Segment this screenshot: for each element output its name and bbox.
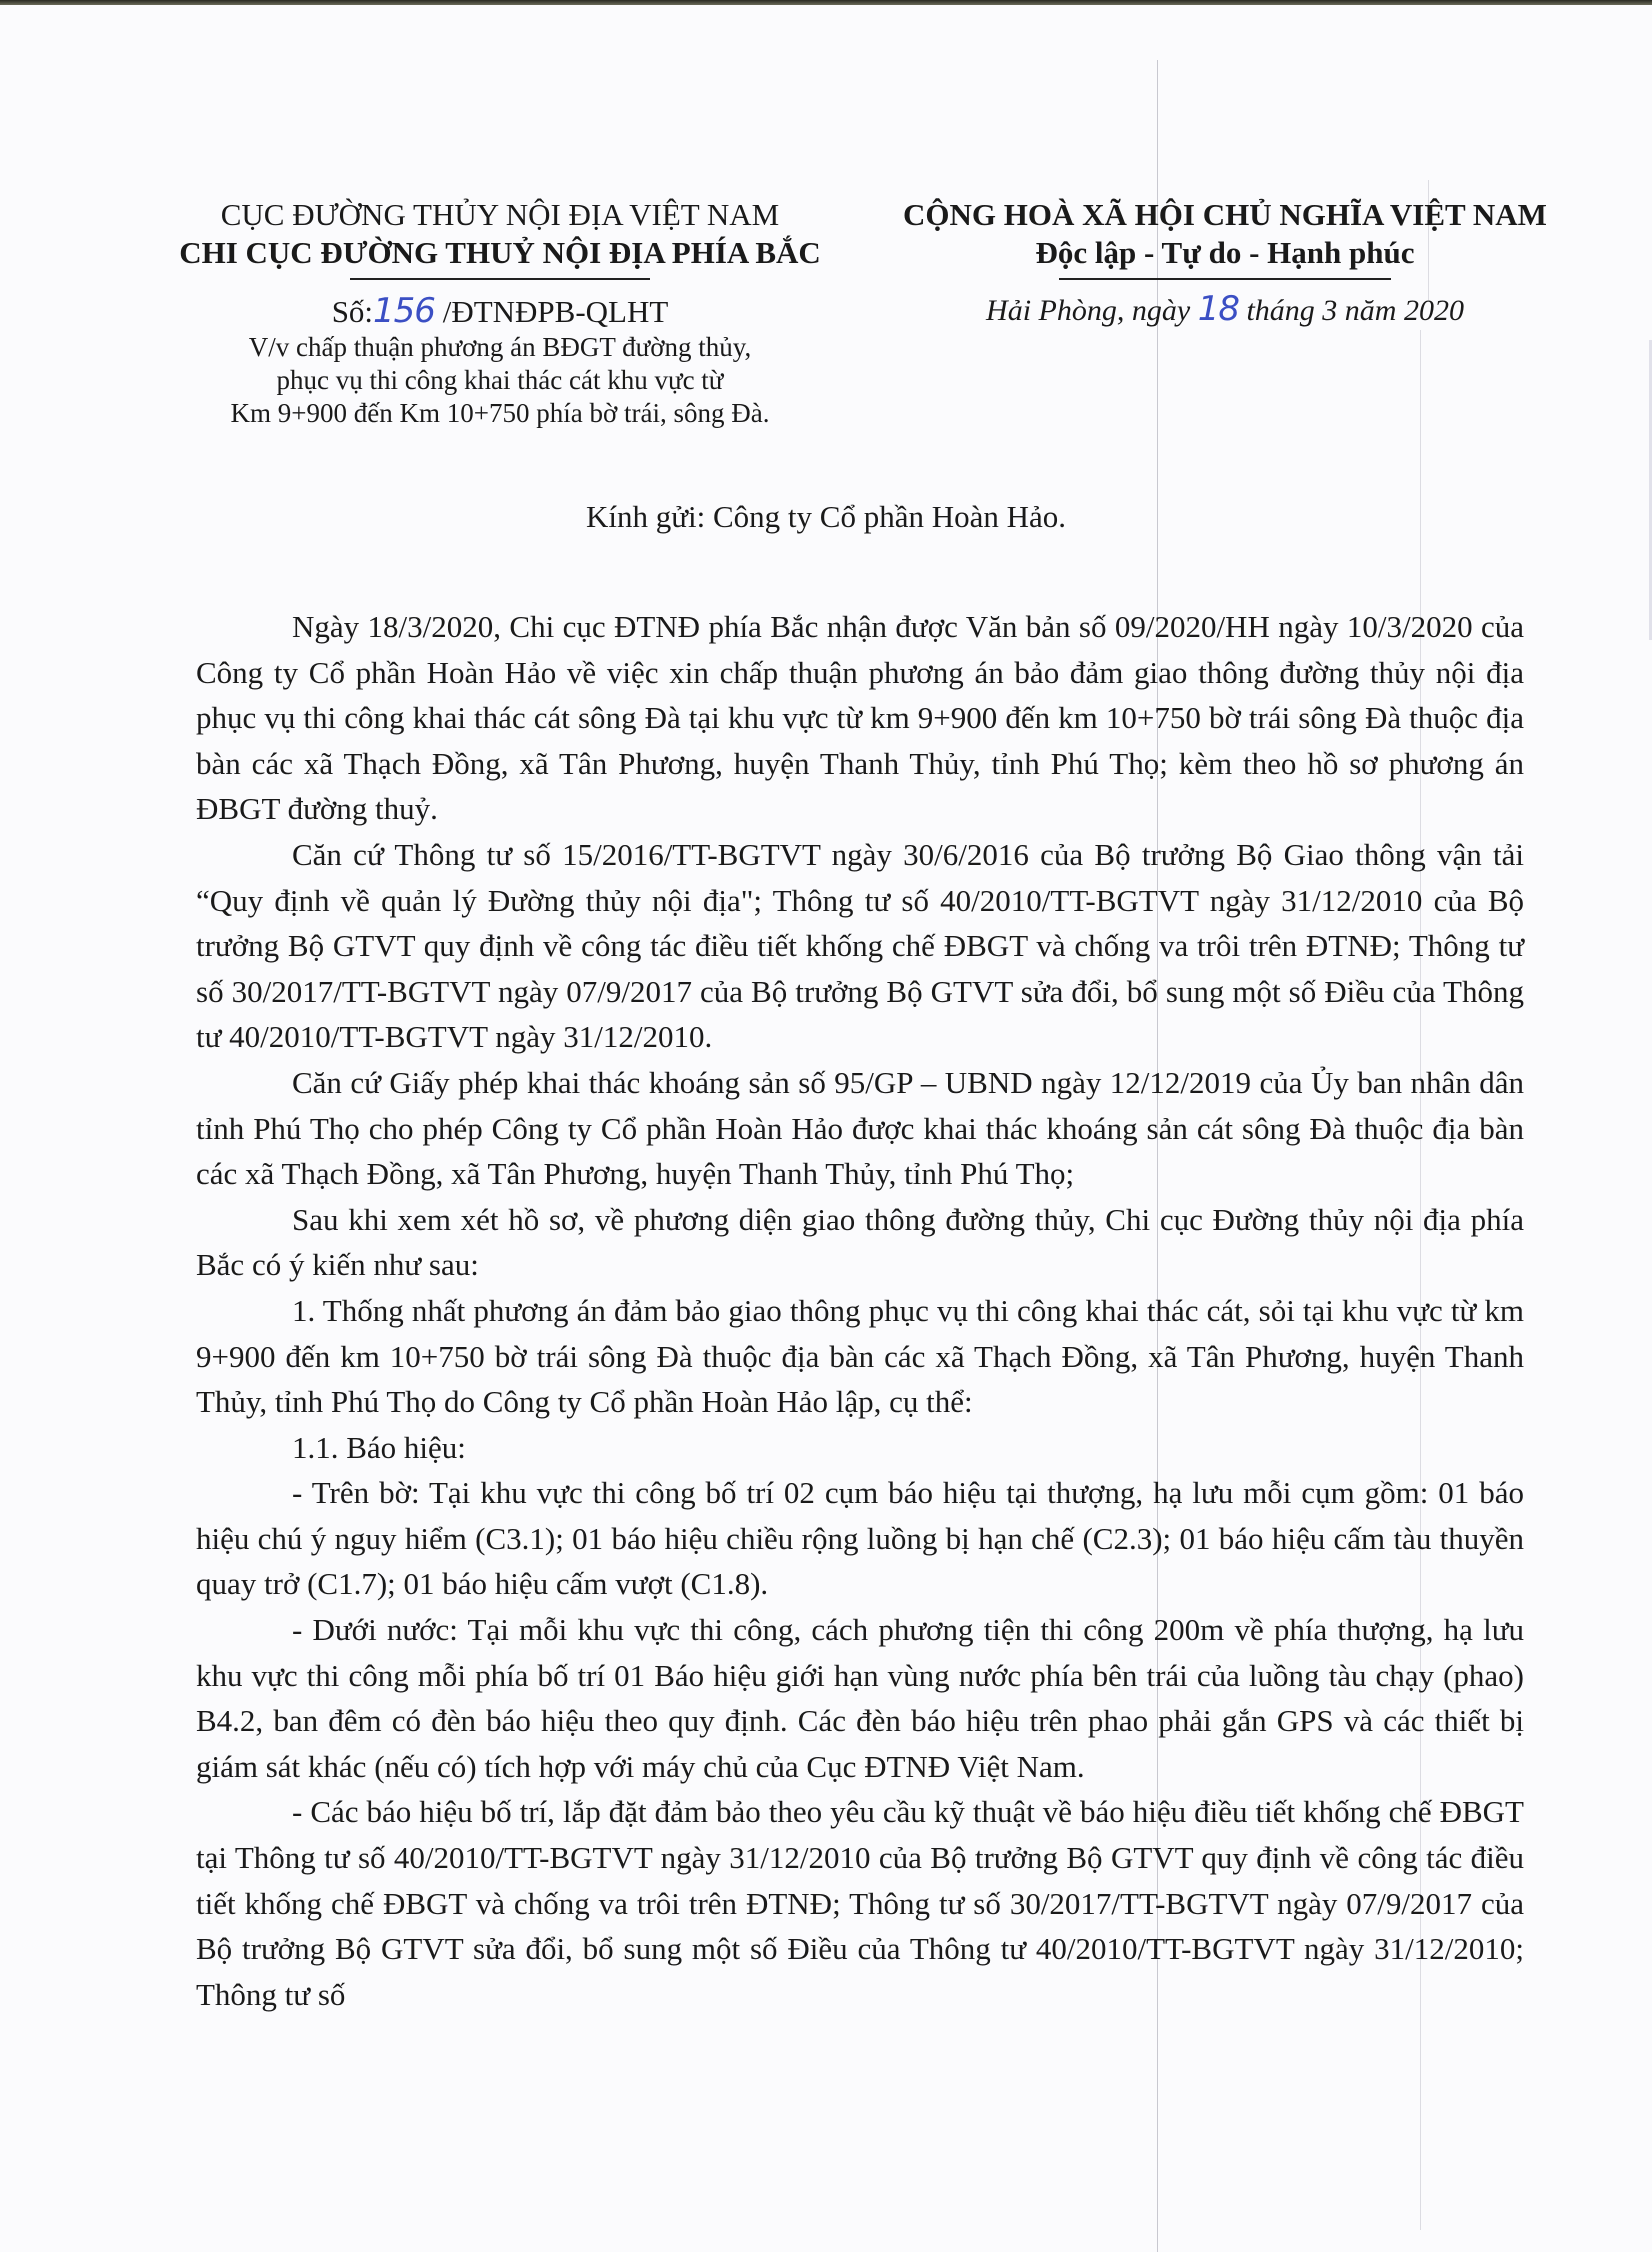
date-suffix: tháng 3 năm 2020 <box>1239 294 1464 327</box>
section-heading: 1.1. Báo hiệu: <box>196 1425 1524 1471</box>
document-number: Số:156 /ĐTNĐPB-QLHT <box>150 292 850 331</box>
body-paragraph: - Các báo hiệu bố trí, lắp đặt đảm bảo t… <box>196 1789 1524 2017</box>
divider <box>1059 278 1391 280</box>
divider <box>350 278 650 280</box>
body-paragraph: - Dưới nước: Tại mỗi khu vực thi công, c… <box>196 1607 1524 1789</box>
parent-agency: CỤC ĐƯỜNG THỦY NỘI ĐỊA VIỆT NAM <box>150 196 850 234</box>
body-paragraph: Ngày 18/3/2020, Chi cục ĐTNĐ phía Bắc nh… <box>196 604 1524 832</box>
body-paragraph: Sau khi xem xét hồ sơ, về phương diện gi… <box>196 1197 1524 1288</box>
doc-number-suffix: /ĐTNĐPB-QLHT <box>435 294 668 329</box>
document-header: CỤC ĐƯỜNG THỦY NỘI ĐỊA VIỆT NAM CHI CỤC … <box>0 196 1652 496</box>
subject-line: V/v chấp thuận phương án BĐGT đường thủy… <box>150 331 850 364</box>
issuer-block: CỤC ĐƯỜNG THỦY NỘI ĐỊA VIỆT NAM CHI CỤC … <box>150 196 850 430</box>
body-paragraph: Căn cứ Giấy phép khai thác khoáng sản số… <box>196 1060 1524 1197</box>
subject-line: phục vụ thi công khai thác cát khu vực t… <box>150 364 850 397</box>
body-paragraph: 1. Thống nhất phương án đảm bảo giao thô… <box>196 1288 1524 1425</box>
body-paragraph: - Trên bờ: Tại khu vực thi công bố trí 0… <box>196 1470 1524 1607</box>
scan-top-edge <box>0 0 1652 5</box>
national-motto: Độc lập - Tự do - Hạnh phúc <box>850 234 1600 272</box>
nation-title: CỘNG HOÀ XÃ HỘI CHỦ NGHĨA VIỆT NAM <box>850 196 1600 234</box>
doc-number-prefix: Số: <box>332 294 373 329</box>
recipient-line: Kính gửi: Công ty Cổ phần Hoàn Hảo. <box>0 497 1652 537</box>
nation-block: CỘNG HOÀ XÃ HỘI CHỦ NGHĨA VIỆT NAM Độc l… <box>850 196 1600 330</box>
body-paragraph: Căn cứ Thông tư số 15/2016/TT-BGTVT ngày… <box>196 832 1524 1060</box>
document-body: Ngày 18/3/2020, Chi cục ĐTNĐ phía Bắc nh… <box>196 604 1524 2017</box>
place-date: Hải Phòng, ngày 18 tháng 3 năm 2020 <box>850 290 1600 330</box>
handwritten-number: 156 <box>373 291 435 331</box>
issuing-agency: CHI CỤC ĐƯỜNG THUỶ NỘI ĐỊA PHÍA BẮC <box>150 234 850 272</box>
date-prefix: Hải Phòng, ngày <box>986 294 1198 327</box>
subject-line: Km 9+900 đến Km 10+750 phía bờ trái, sôn… <box>150 397 850 430</box>
handwritten-day: 18 <box>1198 289 1239 329</box>
